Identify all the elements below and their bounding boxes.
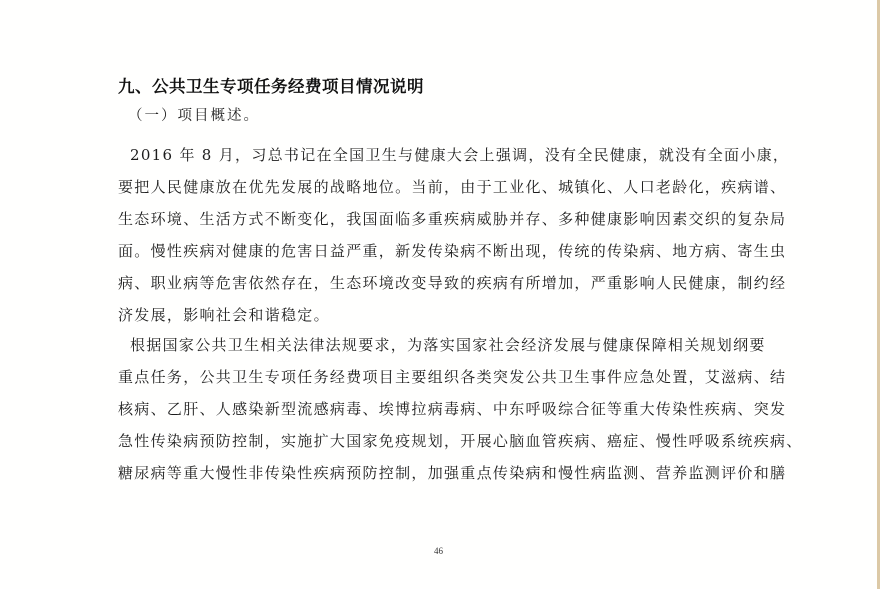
paragraph-line: 急性传染病预防控制，实施扩大国家免疫规划，开展心脑血管疾病、癌症、慢性呼吸系统疾… [118, 425, 774, 457]
paragraph-2: 根据国家公共卫生相关法律法规要求，为落实国家社会经济发展与健康保障相关规划纲要 … [118, 329, 774, 489]
paragraph-line: 面。慢性疾病对健康的危害日益严重，新发传染病不断出现，传统的传染病、地方病、寄生… [118, 235, 774, 267]
paragraph-line: 核病、乙肝、人感染新型流感病毒、埃博拉病毒病、中东呼吸综合征等重大传染性疾病、突… [118, 393, 774, 425]
paragraph-line: 2016 年 8 月，习总书记在全国卫生与健康大会上强调，没有全民健康，就没有全… [118, 139, 774, 171]
section-heading: 九、公共卫生专项任务经费项目情况说明 [118, 73, 424, 97]
paragraph-line: 根据国家公共卫生相关法律法规要求，为落实国家社会经济发展与健康保障相关规划纲要 [118, 329, 774, 361]
paragraph-line: 病、职业病等危害依然存在，生态环境改变导致的疾病有所增加，严重影响人民健康，制约… [118, 267, 774, 299]
page-number: 46 [0, 546, 877, 556]
paragraph-line: 重点任务，公共卫生专项任务经费项目主要组织各类突发公共卫生事件应急处置，艾滋病、… [118, 361, 774, 393]
paragraph-line: 生态环境、生活方式不断变化，我国面临多重疾病威胁并存、多种健康影响因素交织的复杂… [118, 203, 774, 235]
paragraph-line: 糖尿病等重大慢性非传染性疾病预防控制，加强重点传染病和慢性病监测、营养监测评价和… [118, 457, 774, 489]
paragraph-1: 2016 年 8 月，习总书记在全国卫生与健康大会上强调，没有全民健康，就没有全… [118, 139, 774, 331]
paragraph-line: 要把人民健康放在优先发展的战略地位。当前，由于工业化、城镇化、人口老龄化，疾病谱… [118, 171, 774, 203]
paragraph-line: 济发展，影响社会和谐稳定。 [118, 299, 774, 331]
subsection-heading: （一）项目概述。 [128, 104, 260, 125]
document-page: 九、公共卫生专项任务经费项目情况说明 （一）项目概述。 2016 年 8 月，习… [0, 0, 877, 589]
